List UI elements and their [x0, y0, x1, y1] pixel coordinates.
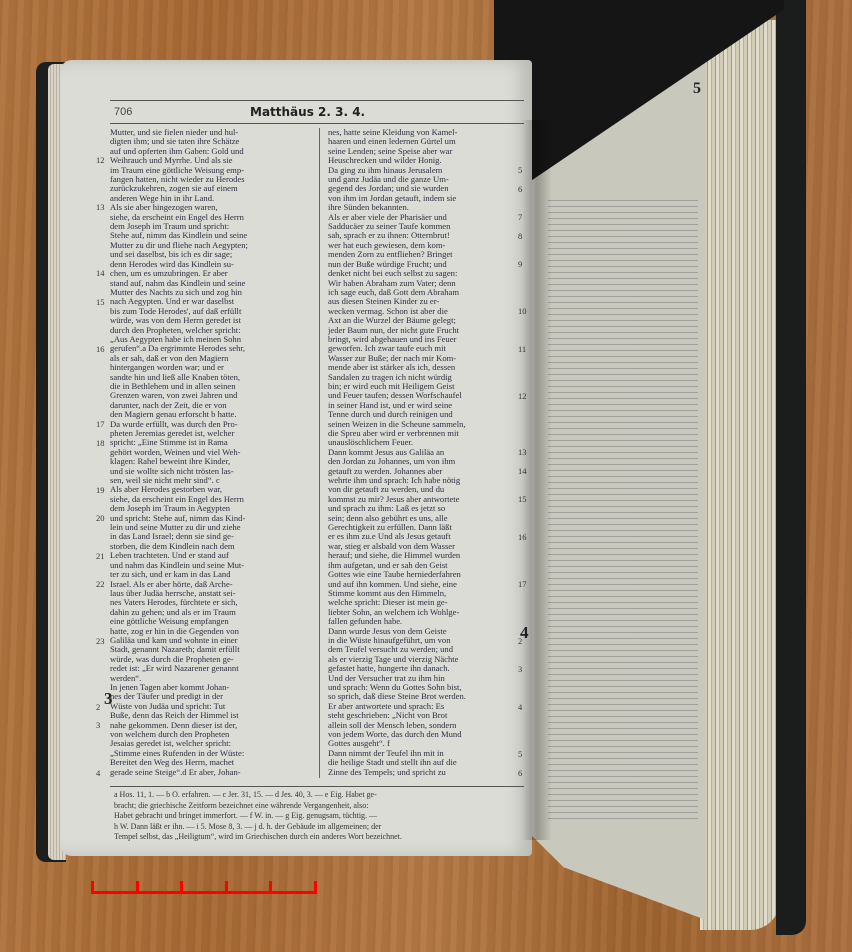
text-line: steht geschrieben: „Nicht von Brot: [328, 711, 526, 720]
footnote-line: h W. Dann läßt er ihn. — i 5. Mose 8, 3.…: [114, 822, 526, 833]
text-line: bin; er wird euch mit Heiligem Geist: [328, 382, 526, 391]
text-line: denn Herodes wird das Kindlein su-: [110, 260, 314, 269]
text-line: welche spricht: Dieser ist mein ge-: [328, 598, 526, 607]
text-line: und Feuer taufen; dessen Worfschaufel: [328, 391, 526, 400]
text-line: sandte hin und ließ alle Knaben töten,: [110, 373, 314, 382]
text-line: nes, hatte seine Kleidung von Kamel-: [328, 128, 526, 137]
text-line: sah, sprach er zu ihnen: Otternbrut!: [328, 231, 526, 240]
text-line: und spricht: Stehe auf, nimm das Kind-: [110, 514, 314, 523]
text-line: Stadt, genannt Nazareth; damit erfüllt: [110, 645, 314, 654]
running-title: Matthäus 2. 3. 4.: [250, 105, 365, 119]
text-line: und sprach zu ihm: Laß es jetzt so: [328, 504, 526, 513]
text-line: die in Bethlehem und in allen seinen: [110, 382, 314, 391]
text-line: Weihrauch und Myrrhe. Und als sie: [110, 156, 314, 165]
text-line: fangen hatten, nicht wieder zu Herodes: [110, 175, 314, 184]
text-line: fallen gefunden habe.: [328, 617, 526, 626]
text-line: gehört worden, Weinen und viel Weh-: [110, 448, 314, 457]
text-line: und ganz Judäa und die ganze Um-: [328, 175, 526, 184]
text-line: eine göttliche Weisung empfangen: [110, 617, 314, 626]
text-line: nun der Buße würdige Frucht; und: [328, 260, 526, 269]
verse-number: 19: [96, 485, 105, 495]
text-line: zurückzukehren, zogen sie auf einem: [110, 184, 314, 193]
text-line: Sadducäer zu seiner Taufe kommen: [328, 222, 526, 231]
text-line: ihm aufgetan, und er sah den Geist: [328, 561, 526, 570]
text-line: hatte, zog er hin in die Gegenden von: [110, 627, 314, 636]
scale-bar-tick: [269, 881, 272, 894]
text-line: „Stimme eines Rufenden in der Wüste:: [110, 749, 314, 758]
text-line: Mutter des Nachts zu sich und zog hin: [110, 288, 314, 297]
verse-number: 21: [96, 551, 105, 561]
text-line: würde, was von dem Herrn geredet ist: [110, 316, 314, 325]
text-line: liebter Sohn, an welchem ich Wohlge-: [328, 608, 526, 617]
text-line: Bereitet den Weg des Herrn, machet: [110, 758, 314, 767]
verse-number: 22: [96, 579, 105, 589]
text-line: stand auf, nahm das Kindlein und seine: [110, 279, 314, 288]
book-cover-right: [776, 0, 806, 935]
text-line: aus diesen Steinen Kinder zu er-: [328, 297, 526, 306]
scale-bar-tick: [91, 881, 94, 894]
text-line: Zinne des Tempels; und spricht zu: [328, 768, 526, 777]
text-line: in die Wüste hinaufgeführt, um von: [328, 636, 526, 645]
text-line: von dir getauft zu werden, und du: [328, 485, 526, 494]
text-line: Galiläa und kam und wohnte in einer: [110, 636, 314, 645]
text-line: gerufen“.a Da ergrimmte Herodes sehr,: [110, 344, 314, 353]
text-line: chen, um es umzubringen. Er aber: [110, 269, 314, 278]
text-line: nach Aegypten. Und er war daselbst: [110, 297, 314, 306]
text-line: Wir haben Abraham zum Vater; denn: [328, 279, 526, 288]
text-line: denket nicht bei euch selbst zu sagen:: [328, 269, 526, 278]
text-line: spricht: „Eine Stimme ist in Rama: [110, 438, 314, 447]
text-line: wehrte ihm und sprach: Ich habe nötig: [328, 476, 526, 485]
verse-number: 14: [96, 268, 105, 278]
verse-number: 15: [96, 297, 105, 307]
footnote-line: Tempel selbst, das „Heiligtum“, wird im …: [114, 832, 526, 843]
text-line: allein soll der Mensch leben, sondern: [328, 721, 526, 730]
verse-number: 2: [96, 702, 100, 712]
text-line: siehe, da erscheint ein Engel des Herrn: [110, 213, 314, 222]
verse-number: 23: [96, 636, 105, 646]
text-line: ich sage euch, daß Gott dem Abraham: [328, 288, 526, 297]
text-line: bis zum Tode Herodes', auf daß erfüllt: [110, 307, 314, 316]
text-line: und sei daselbst, bis ich es dir sage;: [110, 250, 314, 259]
text-line: laus über Judäa herrsche, anstatt sei-: [110, 589, 314, 598]
footnote-rule: [110, 786, 524, 787]
text-line: Da wurde erfüllt, was durch den Pro-: [110, 420, 314, 429]
scale-bar-tick: [314, 881, 317, 894]
text-line: Sandalen zu tragen ich nicht würdig: [328, 373, 526, 382]
text-line: haaren und einen ledernen Gürtel um: [328, 137, 526, 146]
page-header: 706 Matthäus 2. 3. 4.: [110, 104, 530, 124]
text-line: Gottes wie eine Taube herniederfahren: [328, 570, 526, 579]
text-line: Tenne durch und durch reinigen und: [328, 410, 526, 419]
verse-number: 17: [96, 419, 105, 429]
text-line: durch den Propheten, welcher spricht:: [110, 326, 314, 335]
text-line: jeder Baum nun, der nicht gute Frucht: [328, 326, 526, 335]
text-line: unauslöschlichem Feuer.: [328, 438, 526, 447]
scale-bar: [91, 880, 317, 894]
footnote-line: a Hos. 11, 1. — b O. erfahren. — c Jer. …: [114, 790, 526, 801]
text-line: Wüste von Judäa und spricht: Tut: [110, 702, 314, 711]
text-line: und auf ihn kommen. Und siehe, eine: [328, 580, 526, 589]
text-line: dahin zu gehen; und als er im Traum: [110, 608, 314, 617]
text-line: von jedem Worte, das durch den Mund: [328, 730, 526, 739]
text-line: so sprich, daß diese Steine Brot werden.: [328, 692, 526, 701]
text-line: Israel. Als er aber hörte, daß Arche-: [110, 580, 314, 589]
scale-bar-tick: [136, 881, 139, 894]
text-line: ter zu sich, und er kam in das Land: [110, 570, 314, 579]
text-line: Dann nimmt der Teufel ihn mit in: [328, 749, 526, 758]
scale-bar-tick: [180, 881, 183, 894]
text-line: gegend des Jordan; und sie wurden: [328, 184, 526, 193]
verse-number: 4: [96, 768, 100, 778]
footnote-line: Habet gebracht und bringet immerfort. — …: [114, 811, 526, 822]
text-line: Er aber antwortete und sprach: Es: [328, 702, 526, 711]
text-line: bringt, wird abgehauen und ins Feuer: [328, 335, 526, 344]
text-line: Stimme kommt aus den Himmeln,: [328, 589, 526, 598]
text-line: in seiner Hand ist, und er wird seine: [328, 401, 526, 410]
text-line: seine Lenden; seine Speise aber war: [328, 147, 526, 156]
text-line: würde, was durch die Propheten ge-: [110, 655, 314, 664]
text-line: Leben trachteten. Und er stand auf: [110, 551, 314, 560]
text-line: dem Joseph im Traum in Aegypten: [110, 504, 314, 513]
text-line: den Magiern genau erforscht b hatte.: [110, 410, 314, 419]
text-line: Buße, denn das Reich der Himmel ist: [110, 711, 314, 720]
chapter-number: 3: [104, 689, 113, 709]
text-line: Grenzen waren, von zwei Jahren und: [110, 391, 314, 400]
text-line: herauf; und siehe, die Himmel wurden: [328, 551, 526, 560]
text-line: pheten Jeremias geredet ist, welcher: [110, 429, 314, 438]
scale-bar-line: [91, 891, 317, 894]
right-page-chapter-marker: 5: [693, 80, 701, 98]
text-line: von ihm im Jordan getauft, indem sie: [328, 194, 526, 203]
verse-number: 12: [96, 155, 105, 165]
text-line: von welchem durch den Propheten: [110, 730, 314, 739]
text-line: Mutter zu dir und fliehe nach Aegypten;: [110, 241, 314, 250]
text-line: Gottes ausgeht“. f: [328, 739, 526, 748]
text-line: auf und opferten ihm Gaben: Gold und: [110, 147, 314, 156]
text-line: als er sah, daß er von den Magiern: [110, 354, 314, 363]
text-line: „Aus Aegypten habe ich meinen Sohn: [110, 335, 314, 344]
text-line: wecken vermag. Schon ist aber die: [328, 307, 526, 316]
text-line: im Traum eine göttliche Weisung emp-: [110, 166, 314, 175]
text-line: Da ging zu ihm hinaus Jerusalem: [328, 166, 526, 175]
text-line: wer hat euch gewiesen, dem kom-: [328, 241, 526, 250]
text-line: gefastet hatte, hungerte ihn danach.: [328, 664, 526, 673]
text-line: lein und seine Mutter zu dir und ziehe: [110, 523, 314, 532]
text-line: in das Land Israel; denn sie sind ge-: [110, 532, 314, 541]
text-line: Stehe auf, nimm das Kindlein und seine: [110, 231, 314, 240]
text-line: Dann kommt Jesus aus Galiläa an: [328, 448, 526, 457]
text-line: Jesaias geredet ist, welcher spricht:: [110, 739, 314, 748]
text-line: geworfen. Ich zwar taufe euch mit: [328, 344, 526, 353]
text-line: nes Vaters Herodes, fürchtete er sich,: [110, 598, 314, 607]
column-divider: [319, 128, 320, 778]
text-line: sen, weil sie nicht mehr sind“. c: [110, 476, 314, 485]
page-number: 706: [114, 106, 132, 118]
text-line: Mutter, und sie fielen nieder und hul-: [110, 128, 314, 137]
text-line: redet ist: „Er wird Nazarener genannt: [110, 664, 314, 673]
text-line: nahe gekommen. Denn dieser ist der,: [110, 721, 314, 730]
text-line: siehe, da erscheint ein Engel des Herrn: [110, 495, 314, 504]
text-line: Axt an die Wurzel der Bäume gelegt;: [328, 316, 526, 325]
text-line: nes der Täufer und predigt in der: [110, 692, 314, 701]
text-line: Dann wurde Jesus von dem Geiste: [328, 627, 526, 636]
right-text-column: nes, hatte seine Kleidung von Kamel-haar…: [328, 128, 526, 777]
left-text-column: Mutter, und sie fielen nieder und hul-di…: [110, 128, 314, 777]
text-line: darunter, nach der Zeit, die er von: [110, 401, 314, 410]
text-line: Heuschrecken und wilder Honig.: [328, 156, 526, 165]
text-line: Wasser zur Buße; der nach mir Kom-: [328, 354, 526, 363]
text-line: Und der Versucher trat zu ihm hin: [328, 674, 526, 683]
text-line: seinen Weizen in die Scheune sammeln,: [328, 420, 526, 429]
text-line: klagen: Rahel beweint ihre Kinder,: [110, 457, 314, 466]
text-line: und sie wollte sich nicht trösten las-: [110, 467, 314, 476]
text-line: Als er aber viele der Pharisäer und: [328, 213, 526, 222]
page-stack-right: [700, 20, 780, 930]
text-line: er es ihm zu.e Und als Jesus getauft: [328, 532, 526, 541]
text-line: und nahm das Kindlein und seine Mut-: [110, 561, 314, 570]
text-line: Als sie aber hingezogen waren,: [110, 203, 314, 212]
text-line: sein; denn also gebührt es uns, alle: [328, 514, 526, 523]
text-line: hintergangen worden war; und er: [110, 363, 314, 372]
text-line: die Spreu aber wird er verbrennen mit: [328, 429, 526, 438]
text-line: digten ihm; und sie taten ihre Schätze: [110, 137, 314, 146]
text-line: mende aber ist stärker als ich, dessen: [328, 363, 526, 372]
text-line: und sprach: Wenn du Gottes Sohn bist,: [328, 683, 526, 692]
text-line: gerade seine Steige“.d Er aber, Johan-: [110, 768, 314, 777]
text-line: In jenen Tagen aber kommt Johan-: [110, 683, 314, 692]
text-line: getauft zu werden. Johannes aber: [328, 467, 526, 476]
text-line: dem Joseph im Traum und spricht:: [110, 222, 314, 231]
text-line: Gerechtigkeit zu erfüllen. Dann läßt: [328, 523, 526, 532]
text-line: Als aber Herodes gestorben war,: [110, 485, 314, 494]
text-line: kommst zu mir? Jesus aber antwortete: [328, 495, 526, 504]
verse-number: 3: [96, 720, 100, 730]
scale-bar-tick: [225, 881, 228, 894]
verse-number: 16: [96, 344, 105, 354]
verse-number: 20: [96, 513, 105, 523]
header-rule-bottom: [110, 123, 524, 124]
footnote-line: bracht; die griechische Zeitform bezeich…: [114, 801, 526, 812]
text-line: storben, die dem Kindlein nach dem: [110, 542, 314, 551]
right-page-text: [548, 200, 698, 820]
text-line: ihre Sünden bekannten.: [328, 203, 526, 212]
text-line: als er vierzig Tage und vierzig Nächte: [328, 655, 526, 664]
book-gutter-shadow: [522, 120, 552, 840]
header-rule-top: [110, 100, 524, 101]
verse-number: 18: [96, 438, 105, 448]
text-line: war, stieg er alsbald von dem Wasser: [328, 542, 526, 551]
footnotes: a Hos. 11, 1. — b O. erfahren. — c Jer. …: [114, 790, 526, 843]
text-line: dem Teufel versucht zu werden; und: [328, 645, 526, 654]
verse-number: 13: [96, 202, 105, 212]
text-line: menden Zorn zu entfliehen? Bringet: [328, 250, 526, 259]
text-line: anderen Wege hin in ihr Land.: [110, 194, 314, 203]
text-line: den Jordan zu Johannes, um von ihm: [328, 457, 526, 466]
text-line: die heilige Stadt und stellt ihn auf die: [328, 758, 526, 767]
text-line: werden“.: [110, 674, 314, 683]
